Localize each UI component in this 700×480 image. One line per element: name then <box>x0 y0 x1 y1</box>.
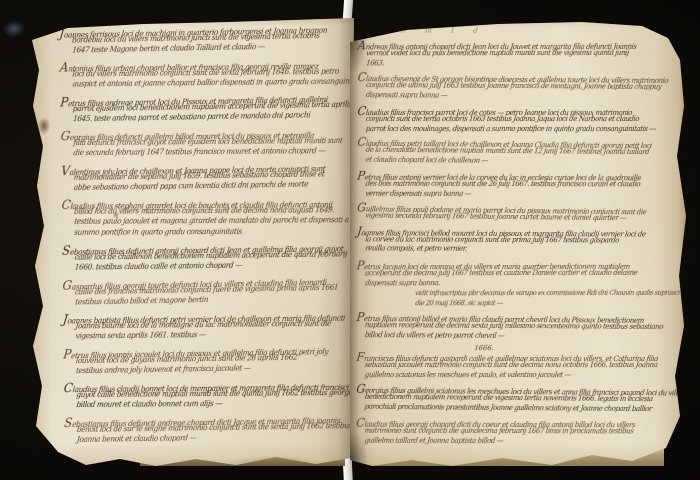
left-page: Joannes ferrisous loci de machigni in qu… <box>24 14 354 472</box>
register-entry: Claudius filius francisci parrot loci de… <box>358 104 676 133</box>
manuscript-line: summo pontifice in quarto gradu consangu… <box>74 226 332 238</box>
manuscript-line: testibus paulo jacoulet et magona girard… <box>74 215 332 227</box>
register-entry: Andreas filius antonij chopard dicti Jea… <box>358 38 676 68</box>
register-entry: Claudius filius stephani girardet loci d… <box>62 195 350 237</box>
register-entry: Georgius filius guillelmi sciatonus les … <box>356 382 674 414</box>
register-entry: Gaspardus filius georgij tourte defuncti… <box>62 272 351 308</box>
register-entry: Petrus filius andreae parrot loci du Pis… <box>60 90 348 125</box>
manuscript-line: auspict et antonia et joanne chopard bal… <box>72 77 330 90</box>
manuscript-line: guillelmo taillard et Joanna baptista bi… <box>364 435 654 445</box>
manuscript-line: 1660. testibus claudio caille et antonio… <box>74 259 332 272</box>
manuscript-line: guillelmo sciatonus les meschues et paul… <box>364 370 654 380</box>
register-entry: Joannes filius francisci bellod mouret l… <box>357 224 675 255</box>
manuscript-line: dispensati supra banna — <box>365 89 655 101</box>
manuscript-line: parrot loci des moulinages, dispensati a… <box>365 123 655 133</box>
register-entry: Claudius filius claudij bonnet loci de m… <box>64 378 352 411</box>
manuscript-line: testibus andrea joly louvenot et francis… <box>76 363 334 377</box>
manuscript-line: matrimonio sunt conjuncti die quindecima… <box>364 425 654 435</box>
manuscript-line: sebastiani jacoulet matrimonio conjuncti… <box>364 360 654 370</box>
register-entry: Valentinus joly loci de chaillexon et Jo… <box>61 159 349 194</box>
manuscript-line: 1663. <box>366 57 655 67</box>
manuscript-line: Claudius filius francisci parrot loci de… <box>357 104 654 114</box>
register-entry: Sebastianus filius defuncti andreae chop… <box>64 411 352 446</box>
manuscript-line: Claudius filius georgij chopard dicti du… <box>356 415 653 425</box>
left-page-text: Joannes ferrisous loci de machigni in qu… <box>59 21 352 449</box>
register-entry: Claudius filius georgij chopard dicti du… <box>356 415 674 445</box>
manuscript-line: billod loci du villers et petro parrot c… <box>364 330 654 342</box>
manuscript-line: vigesima secunda februarij 1667 testibus… <box>365 210 655 223</box>
register-entry: Claudius chevenoz de St gorgon bisontina… <box>358 70 676 101</box>
register-entry: Antonius filius urbani chopard ballior e… <box>60 56 348 89</box>
manuscript-line: acceperunt die decima julij 1667 testibu… <box>365 267 654 277</box>
manuscript-line: dispensati supra banna. <box>365 277 654 287</box>
manuscript-line: billod mouret et claudio bonnet cum alij… <box>76 398 334 410</box>
manuscript-line: reuilla compais, et petro vernier. <box>365 244 655 255</box>
manuscript-line: vernier dispensati supra banna — <box>365 188 655 198</box>
manuscript-line: parochiali proclamationis praestantibus … <box>364 401 654 413</box>
manuscript-line: die secunda februarij 1647 testibus fran… <box>73 146 331 158</box>
right-page-text: nobis le la 1 d Andreas filius antonij c… <box>356 25 676 449</box>
right-page: nobis le la 1 d Andreas filius antonij c… <box>350 14 688 474</box>
register-entry: Petrus filius antonij vernier loci de la… <box>357 169 675 199</box>
manuscript-line: abbe sebastiano chopard papa cum licenti… <box>73 180 331 194</box>
manuscript-line: 1645. teste andrea parrot et sebastiano … <box>72 110 330 124</box>
manuscript-line: et claudio chopard loci de chaillexon — <box>365 155 655 167</box>
register-entry: Petrus Jacquin loci de morana et du vill… <box>357 257 675 308</box>
manuscript-line: Petrus filius antonij vernier loci de la… <box>357 169 654 179</box>
manuscript-line: Andreas filius antonij chopard dicti Jea… <box>358 38 655 48</box>
manuscript-line: Franciscus filius defuncti gaspardi cail… <box>356 350 653 360</box>
register-entry: Joannes ferrisous loci de machigni in qu… <box>59 20 348 56</box>
addendum-line: vidit infrascriptus pbr decanus de varup… <box>415 288 658 298</box>
right-page-entries: Andreas filius antonij chopard dicti Jea… <box>356 37 676 446</box>
manuscript-line: des bois matrimonio conjuncti sunt die 2… <box>365 179 655 189</box>
register-entry: Guillelmus filius pauli dodane et maria … <box>357 200 675 223</box>
manuscript-line: Petrus Jacquin loci de morana et du vill… <box>357 257 654 267</box>
archive-mark <box>2 20 26 39</box>
visitation-note: vidit infrascriptus pbr decanus de varup… <box>415 288 675 308</box>
register-entry: Joannes baptista filius defuncti petri v… <box>63 308 351 341</box>
register-entry: Petrus filius joannis jacoulet loci du p… <box>63 342 351 377</box>
manuscript-line: vermot vodet loci du puis benedictione n… <box>366 48 655 58</box>
register-entry: Sebastianus filius defuncti antonij chop… <box>62 239 350 273</box>
manuscript-line: conjuncti sunt die tertia octobris 1663 … <box>365 113 655 123</box>
addendum-line: die 20 maij 1668. sic sapiat — <box>415 298 658 308</box>
register-entry: Petrus filius antonij billod et maria fi… <box>357 310 675 341</box>
header-fragment: nobis le la 1 d <box>361 25 676 38</box>
register-entry: Georgius filius defuncti guillelmi billo… <box>61 126 349 159</box>
manuscript-line: vigesima sexta aprilis 1661. testibus — <box>75 329 333 342</box>
manuscript-line: Joanna benoit et claudio chopard — <box>76 432 334 446</box>
register-entry: Claudius filius petri taillard loci de c… <box>357 135 675 167</box>
register-entry: 1666.Franciscus filius defuncti gaspardi… <box>356 344 674 380</box>
manuscript-scan: Joannes ferrisous loci de machigni in qu… <box>0 0 700 480</box>
